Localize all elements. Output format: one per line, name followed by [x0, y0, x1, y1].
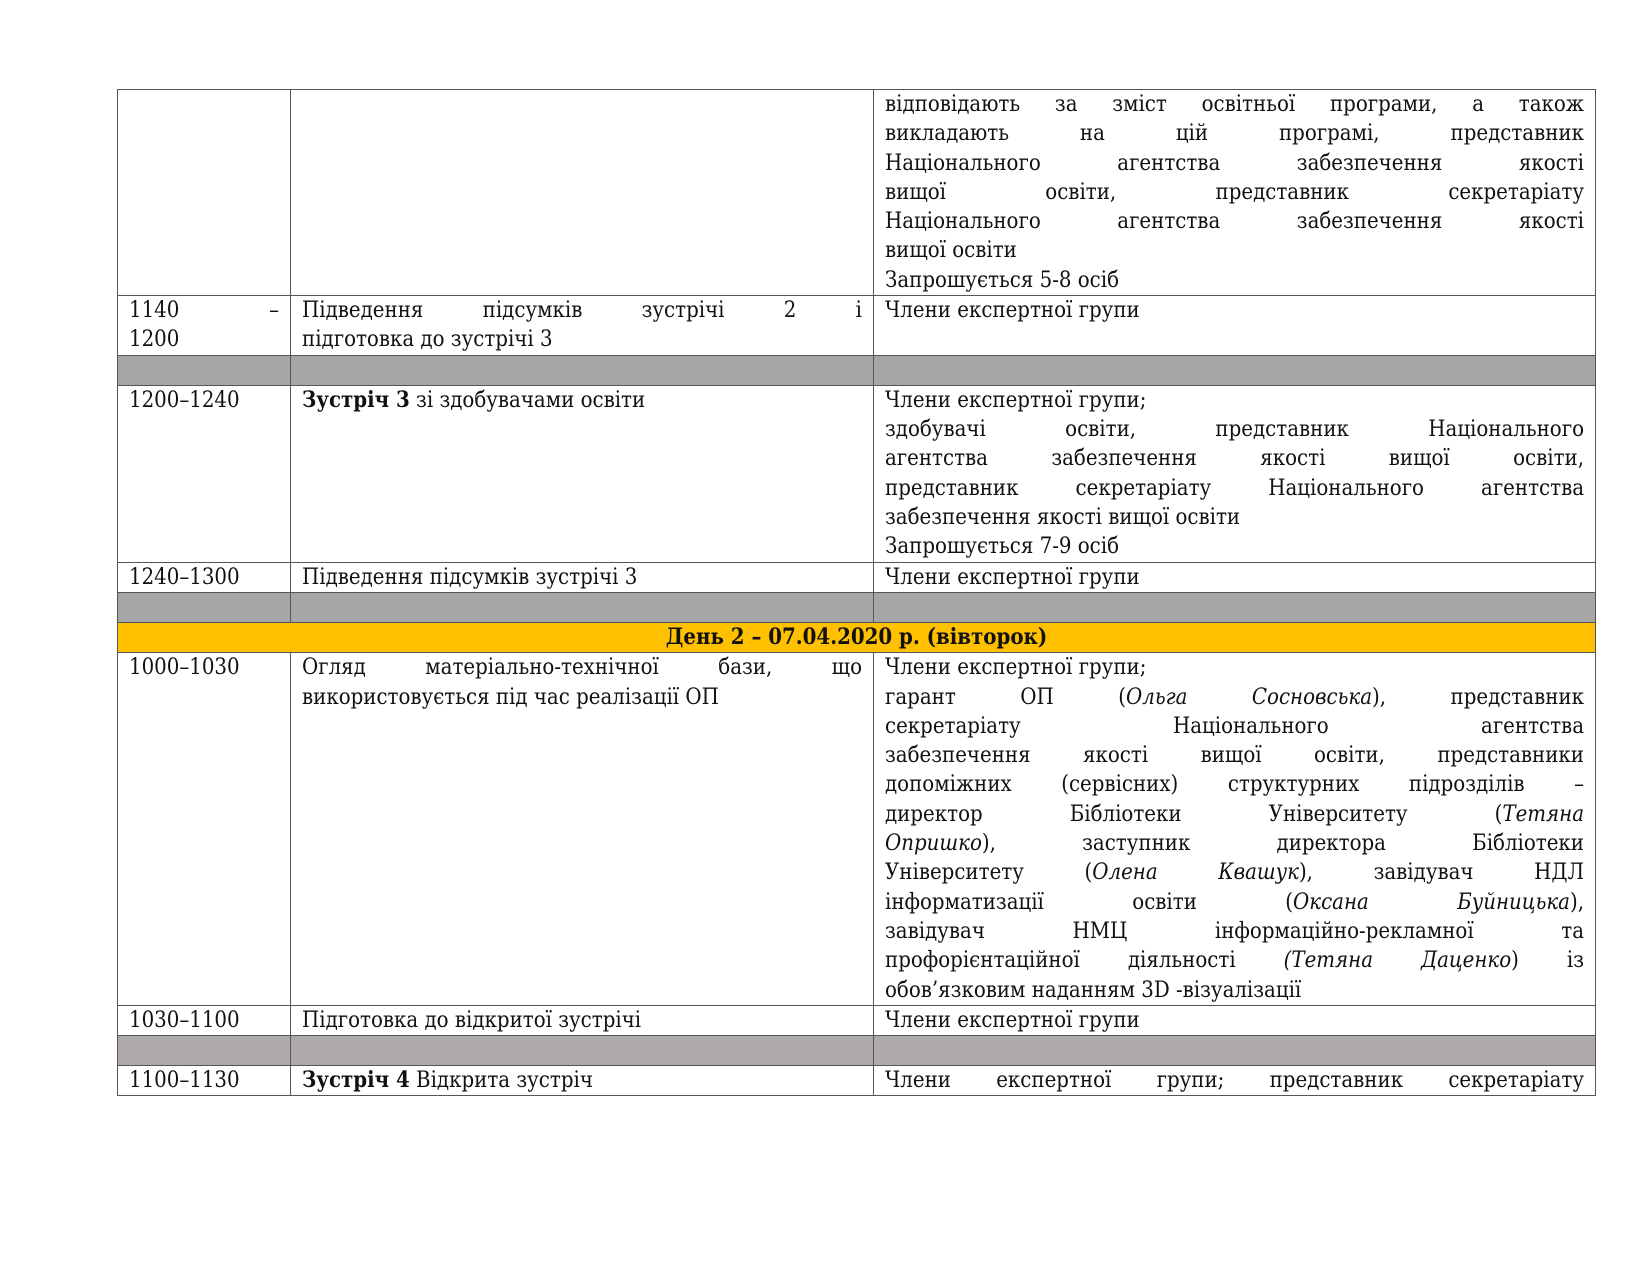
time-range: 1200–1240	[129, 386, 279, 415]
time-cell: 1100–1130	[118, 1066, 291, 1096]
activity-cell: Зустріч 4 Відкрита зустріч	[291, 1066, 874, 1096]
participants-cell: відповідають за зміст освітньої програми…	[874, 90, 1596, 296]
activity-text: зі здобувачами освіти	[410, 388, 645, 413]
person-name: (Тетяна Даценко	[1284, 948, 1512, 973]
participants-line: здобувачі освіти, представник Національн…	[885, 415, 1584, 444]
time-end: 1200	[129, 325, 279, 354]
participants-line: забезпечення якості вищої освіти, предст…	[885, 741, 1584, 770]
participants-line: Члени експертної групи; представник секр…	[885, 1066, 1584, 1095]
participants-line: забезпечення якості вищої освіти	[885, 503, 1584, 532]
participants-line: завідувач НМЦ інформаційно-рекламної та	[885, 917, 1584, 946]
day-header: День 2 – 07.04.2020 р. (вівторок)	[118, 622, 1596, 652]
participants-line: Національного агентства забезпечення яко…	[885, 207, 1584, 236]
separator-row	[118, 355, 1596, 385]
separator-cell	[291, 355, 874, 385]
activity-cell: Підготовка до відкритої зустрічі	[291, 1005, 874, 1035]
time-cell: 1240–1300	[118, 562, 291, 592]
table-row: відповідають за зміст освітньої програми…	[118, 90, 1596, 296]
meeting-title: Зустріч 4	[302, 1067, 410, 1093]
participants-line: допоміжних (сервісних) структурних підро…	[885, 770, 1584, 799]
participants-line: профорієнтаційної діяльності (Тетяна Дац…	[885, 946, 1584, 975]
time-cell: 1030–1100	[118, 1005, 291, 1035]
participants-cell: Члени експертної групи	[874, 1005, 1596, 1035]
participants-line: агентства забезпечення якості вищої осві…	[885, 444, 1584, 473]
time-range: 1100–1130	[129, 1066, 279, 1095]
person-name: Тетяна	[1502, 802, 1584, 827]
person-name: Ольга Сосновська	[1126, 685, 1372, 710]
table-row: 1000–1030 Огляд матеріально-технічної ба…	[118, 653, 1596, 1006]
person-name: Оксана Буйницька	[1293, 890, 1570, 915]
meeting-title: Зустріч 3	[302, 387, 410, 413]
separator-cell	[118, 355, 291, 385]
participants-line: відповідають за зміст освітньої програми…	[885, 90, 1584, 119]
separator-row	[118, 1036, 1596, 1066]
activity-line: Підведення підсумків зустрічі 3	[302, 563, 862, 592]
table-row: 1200–1240 Зустріч 3 зі здобувачами освіт…	[118, 385, 1596, 562]
participants-cell: Члени експертної групи	[874, 296, 1596, 356]
separator-cell	[874, 355, 1596, 385]
activity-cell	[291, 90, 874, 296]
time-range: 1240–1300	[129, 563, 279, 592]
participants-line: Запрошується 5-8 осіб	[885, 266, 1584, 295]
separator-cell	[874, 592, 1596, 622]
person-name: Опришко	[885, 831, 982, 856]
participants-line: Члени експертної групи	[885, 296, 1584, 325]
separator-cell	[291, 1036, 874, 1066]
participants-line: Запрошується 7-9 осіб	[885, 532, 1584, 561]
activity-line: використовується під час реалізації ОП	[302, 683, 862, 712]
participants-line: Члени експертної групи;	[885, 653, 1584, 682]
time-cell: 1140 – 1200	[118, 296, 291, 356]
time-range: 1030–1100	[129, 1006, 279, 1035]
separator-cell	[118, 1036, 291, 1066]
activity-line: Підготовка до відкритої зустрічі	[302, 1006, 862, 1035]
participants-cell: Члени експертної групи; представник секр…	[874, 1066, 1596, 1096]
schedule-table: відповідають за зміст освітньої програми…	[117, 89, 1596, 1096]
participants-line: вищої освіти	[885, 236, 1584, 265]
table-row: 1100–1130 Зустріч 4 Відкрита зустріч Чле…	[118, 1066, 1596, 1096]
time-range: 1000–1030	[129, 653, 279, 682]
participants-line: Національного агентства забезпечення яко…	[885, 149, 1584, 178]
participants-line: викладають на цій програмі, представник	[885, 119, 1584, 148]
participants-cell: Члени експертної групи	[874, 562, 1596, 592]
activity-line: Огляд матеріально-технічної бази, що	[302, 653, 862, 682]
participants-line: Члени експертної групи	[885, 563, 1584, 592]
participants-line: вищої освіти, представник секретаріату	[885, 178, 1584, 207]
time-start: 1140 –	[129, 296, 279, 325]
activity-cell: Підведення підсумків зустрічі 2 і підгот…	[291, 296, 874, 356]
table-row: 1030–1100 Підготовка до відкритої зустрі…	[118, 1005, 1596, 1035]
activity-line: підготовка до зустрічі 3	[302, 325, 862, 354]
participants-cell: Члени експертної групи; гарант ОП (Ольга…	[874, 653, 1596, 1006]
day-header-row: День 2 – 07.04.2020 р. (вівторок)	[118, 622, 1596, 652]
participants-line: Опришко), заступник директора Бібліотеки	[885, 829, 1584, 858]
activity-line: Підведення підсумків зустрічі 2 і	[302, 296, 862, 325]
participants-line: представник секретаріату Національного а…	[885, 474, 1584, 503]
activity-cell: Підведення підсумків зустрічі 3	[291, 562, 874, 592]
participants-line: Університету (Олена Квашук), завідувач Н…	[885, 858, 1584, 887]
participants-line: обов’язковим наданням 3D -візуалізації	[885, 976, 1584, 1005]
participants-line: гарант ОП (Ольга Сосновська), представни…	[885, 683, 1584, 712]
table-row: 1240–1300 Підведення підсумків зустрічі …	[118, 562, 1596, 592]
activity-cell: Огляд матеріально-технічної бази, що вик…	[291, 653, 874, 1006]
table-row: 1140 – 1200 Підведення підсумків зустріч…	[118, 296, 1596, 356]
separator-cell	[291, 592, 874, 622]
separator-cell	[118, 592, 291, 622]
person-name: Олена Квашук	[1092, 860, 1299, 885]
participants-line: Члени експертної групи;	[885, 386, 1584, 415]
activity-text: Відкрита зустріч	[410, 1068, 593, 1093]
participants-cell: Члени експертної групи; здобувачі освіти…	[874, 385, 1596, 562]
separator-row	[118, 592, 1596, 622]
participants-line: директор Бібліотеки Університету (Тетяна	[885, 800, 1584, 829]
participants-line: Члени експертної групи	[885, 1006, 1584, 1035]
time-cell: 1200–1240	[118, 385, 291, 562]
participants-line: інформатизації освіти (Оксана Буйницька)…	[885, 888, 1584, 917]
activity-cell: Зустріч 3 зі здобувачами освіти	[291, 385, 874, 562]
participants-line: секретаріату Національного агентства	[885, 712, 1584, 741]
time-cell	[118, 90, 291, 296]
separator-cell	[874, 1036, 1596, 1066]
time-cell: 1000–1030	[118, 653, 291, 1006]
document-page: відповідають за зміст освітньої програми…	[0, 0, 1650, 1275]
